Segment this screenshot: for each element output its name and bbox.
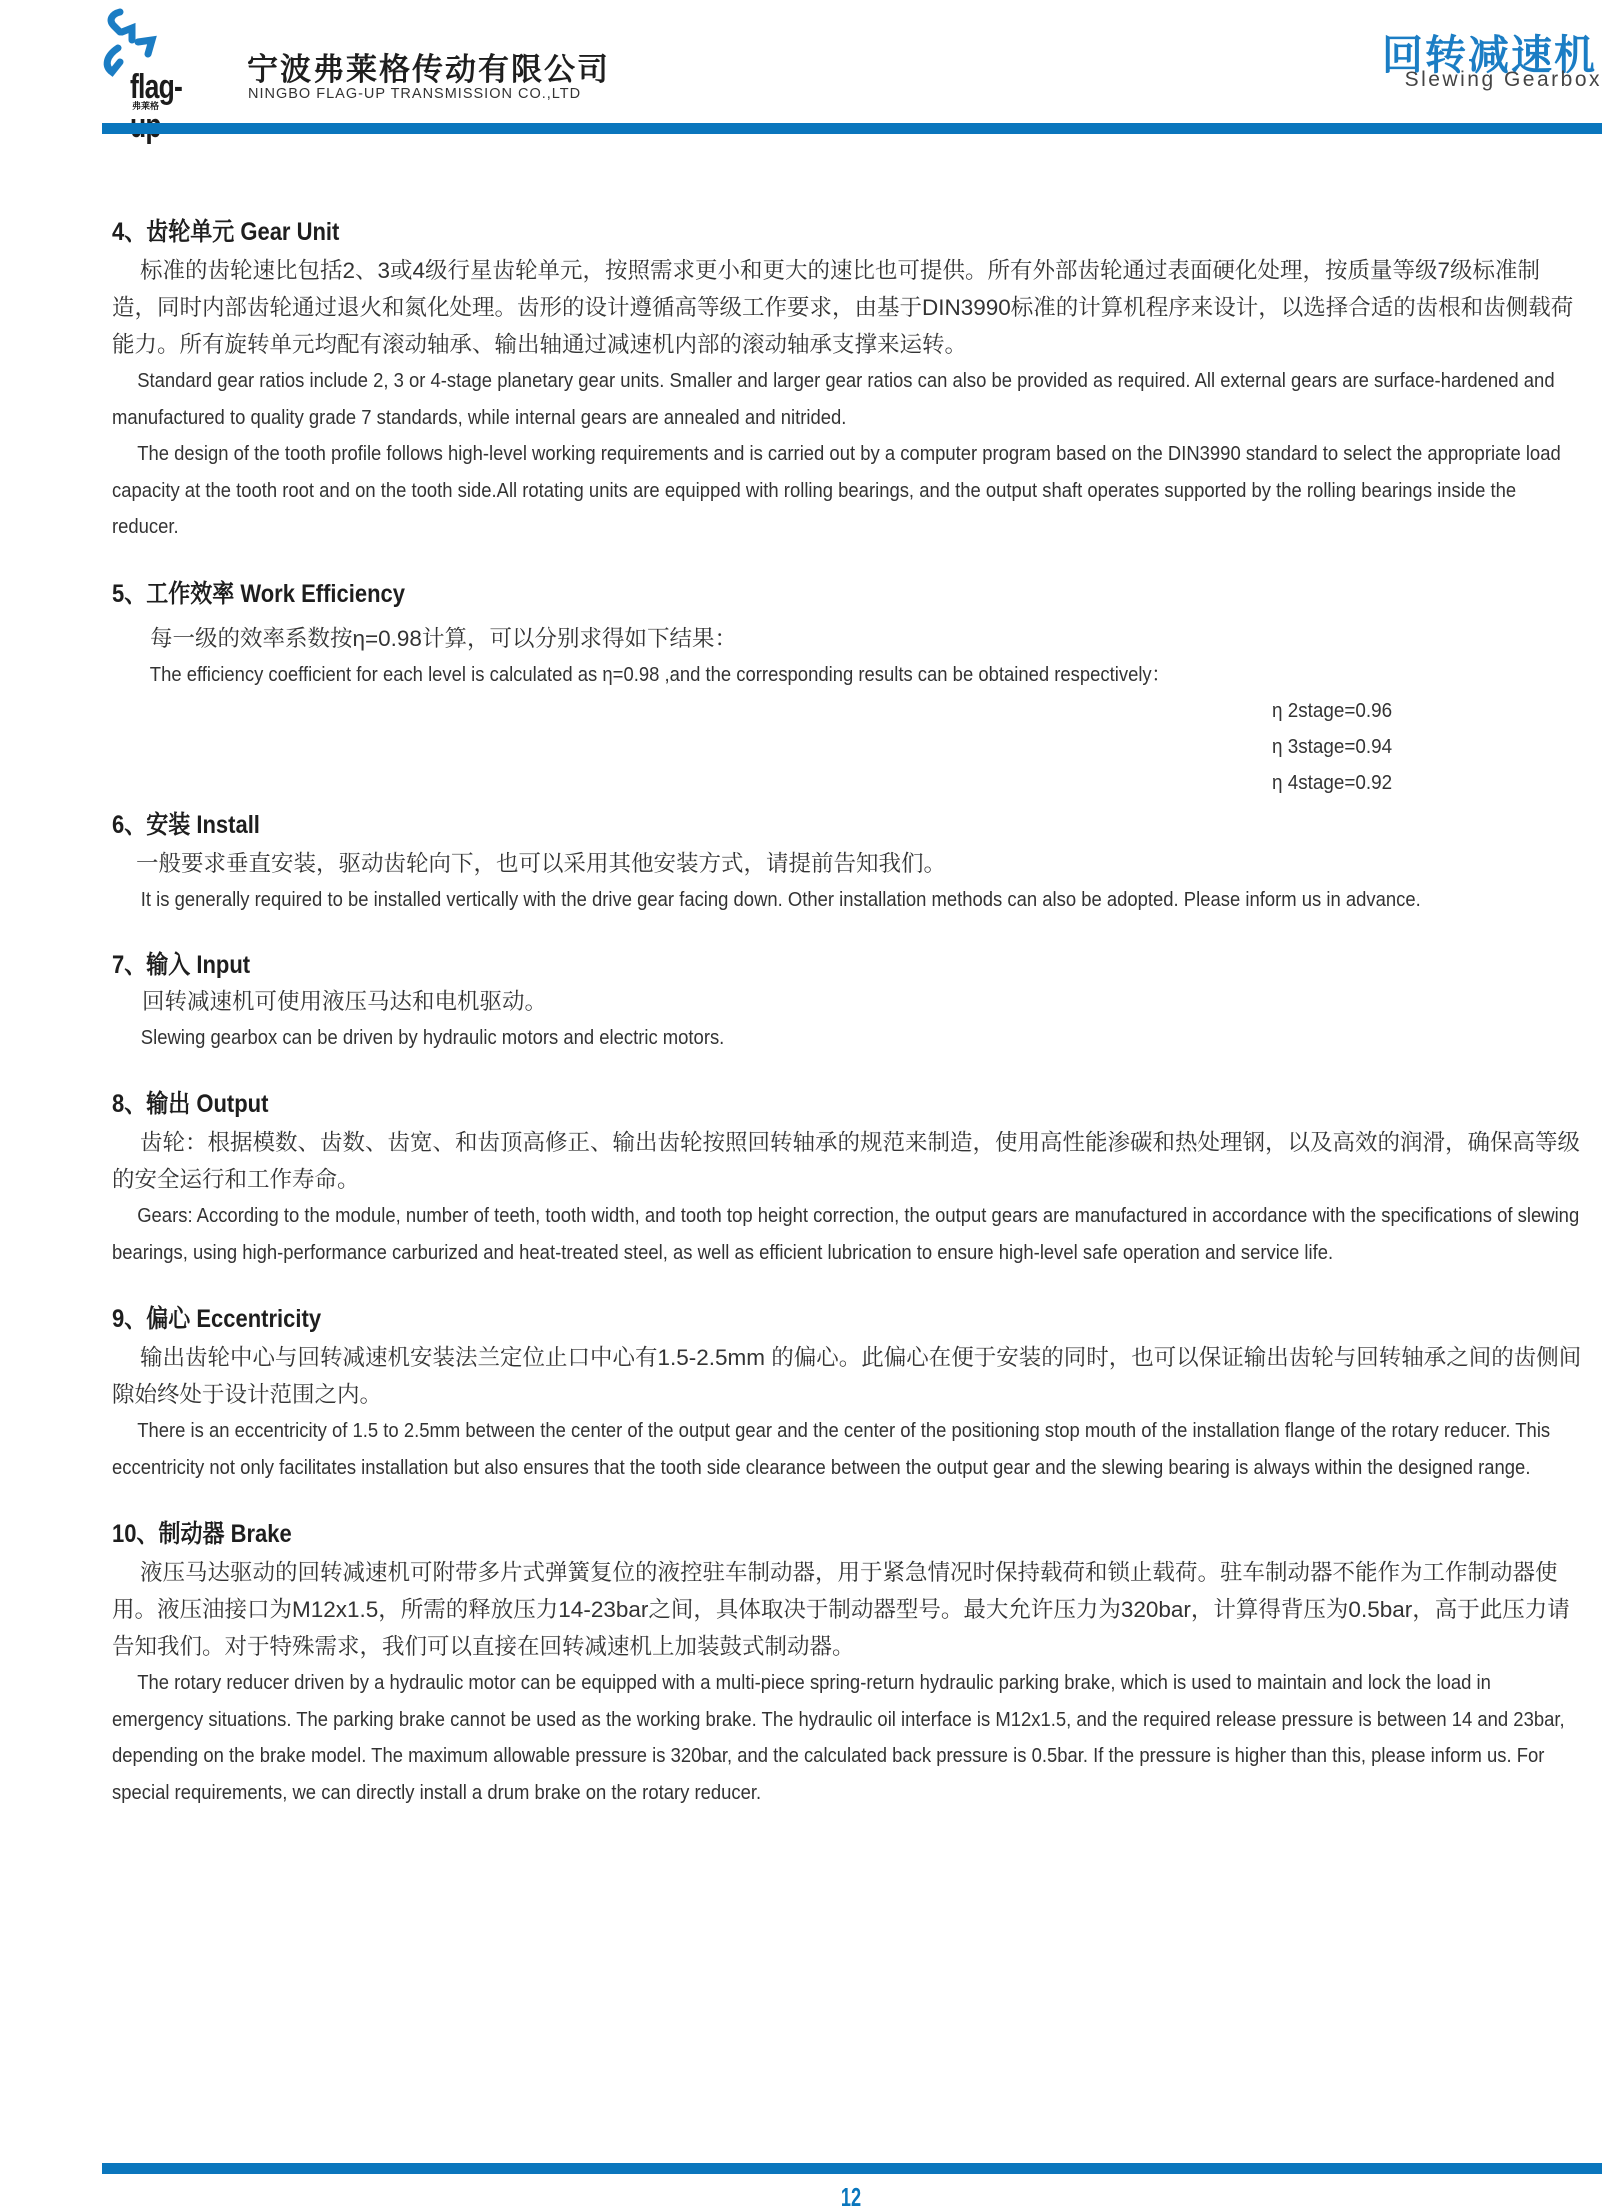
section-install: 6、安装 Install 一般要求垂直安装，驱动齿轮向下，也可以采用其他安装方式… — [112, 805, 1582, 919]
paragraph-cn: 齿轮：根据模数、齿数、齿宽、和齿顶高修正、输出齿轮按照回转轴承的规范来制造，使用… — [112, 1124, 1582, 1198]
footer-divider-bar — [102, 2163, 1602, 2174]
paragraph-en: The design of the tooth profile follows … — [112, 436, 1581, 546]
company-name-en: NINGBO FLAG-UP TRANSMISSION CO.,LTD — [248, 86, 581, 102]
section-gear-unit: 4、齿轮单元 Gear Unit 标准的齿轮速比包括2、3或4级行星齿轮单元，按… — [112, 212, 1582, 546]
paragraph-en: The rotary reducer driven by a hydraulic… — [112, 1665, 1581, 1811]
paragraph-cn: 每一级的效率系数按η=0.98计算，可以分别求得如下结果： — [112, 620, 1582, 657]
section-title: 7、输入 Input — [112, 947, 1406, 983]
paragraph-cn: 一般要求垂直安装，驱动齿轮向下，也可以采用其他安装方式，请提前告知我们。 — [112, 845, 1582, 882]
paragraph-en: The efficiency coefficient for each leve… — [112, 657, 1602, 694]
paragraph-en: It is generally required to be installed… — [112, 882, 1602, 919]
paragraph-cn: 标准的齿轮速比包括2、3或4级行星齿轮单元，按照需求更小和更大的速比也可提供。所… — [112, 252, 1582, 363]
section-title: 8、输出 Output — [112, 1084, 1406, 1124]
paragraph-cn: 回转减速机可使用液压马达和电机驱动。 — [112, 983, 1582, 1020]
paragraph-en: Standard gear ratios include 2, 3 or 4-s… — [112, 363, 1581, 436]
section-title: 10、制动器 Brake — [112, 1514, 1406, 1554]
section-title: 9、偏心 Eccentricity — [112, 1299, 1406, 1339]
efficiency-3stage: η 3stage=0.94 — [1272, 729, 1557, 765]
section-brake: 10、制动器 Brake 液压马达驱动的回转减速机可附带多片式弹簧复位的液控驻车… — [112, 1514, 1582, 1811]
efficiency-4stage: η 4stage=0.92 — [1272, 765, 1557, 801]
company-name-cn: 宁波弗莱格传动有限公司 — [247, 44, 610, 89]
product-title-en: Slewing Gearbox — [1405, 68, 1602, 92]
page-header: flag-up 弗莱格 宁波弗莱格传动有限公司 NINGBO FLAG-UP T… — [0, 0, 1602, 140]
paragraph-cn: 液压马达驱动的回转减速机可附带多片式弹簧复位的液控驻车制动器，用于紧急情况时保持… — [112, 1554, 1582, 1665]
section-title: 6、安装 Install — [112, 805, 1406, 845]
section-input: 7、输入 Input 回转减速机可使用液压马达和电机驱动。 Slewing ge… — [112, 947, 1582, 1057]
paragraph-en: Slewing gearbox can be driven by hydraul… — [112, 1020, 1602, 1057]
efficiency-2stage: η 2stage=0.96 — [1272, 693, 1557, 729]
efficiency-results: η 2stage=0.96 η 3stage=0.94 η 4stage=0.9… — [112, 693, 1582, 801]
paragraph-cn: 输出齿轮中心与回转减速机安装法兰定位止口中心有1.5-2.5mm 的偏心。此偏心… — [112, 1339, 1582, 1413]
paragraph-en: There is an eccentricity of 1.5 to 2.5mm… — [112, 1413, 1581, 1486]
page-number: 12 — [255, 2182, 1446, 2210]
section-title: 5、工作效率 Work Efficiency — [112, 574, 1406, 614]
section-work-efficiency: 5、工作效率 Work Efficiency 每一级的效率系数按η=0.98计算… — [112, 574, 1582, 802]
logo-subtext: 弗莱格 — [132, 99, 159, 112]
paragraph-en: Gears: According to the module, number o… — [112, 1198, 1581, 1271]
section-eccentricity: 9、偏心 Eccentricity 输出齿轮中心与回转减速机安装法兰定位止口中心… — [112, 1299, 1582, 1486]
company-logo: flag-up 弗莱格 — [98, 6, 230, 106]
section-title: 4、齿轮单元 Gear Unit — [112, 212, 1406, 252]
document-body: 4、齿轮单元 Gear Unit 标准的齿轮速比包括2、3或4级行星齿轮单元，按… — [112, 212, 1582, 1811]
section-output: 8、输出 Output 齿轮：根据模数、齿数、齿宽、和齿顶高修正、输出齿轮按照回… — [112, 1084, 1582, 1271]
header-divider-bar — [102, 123, 1602, 134]
